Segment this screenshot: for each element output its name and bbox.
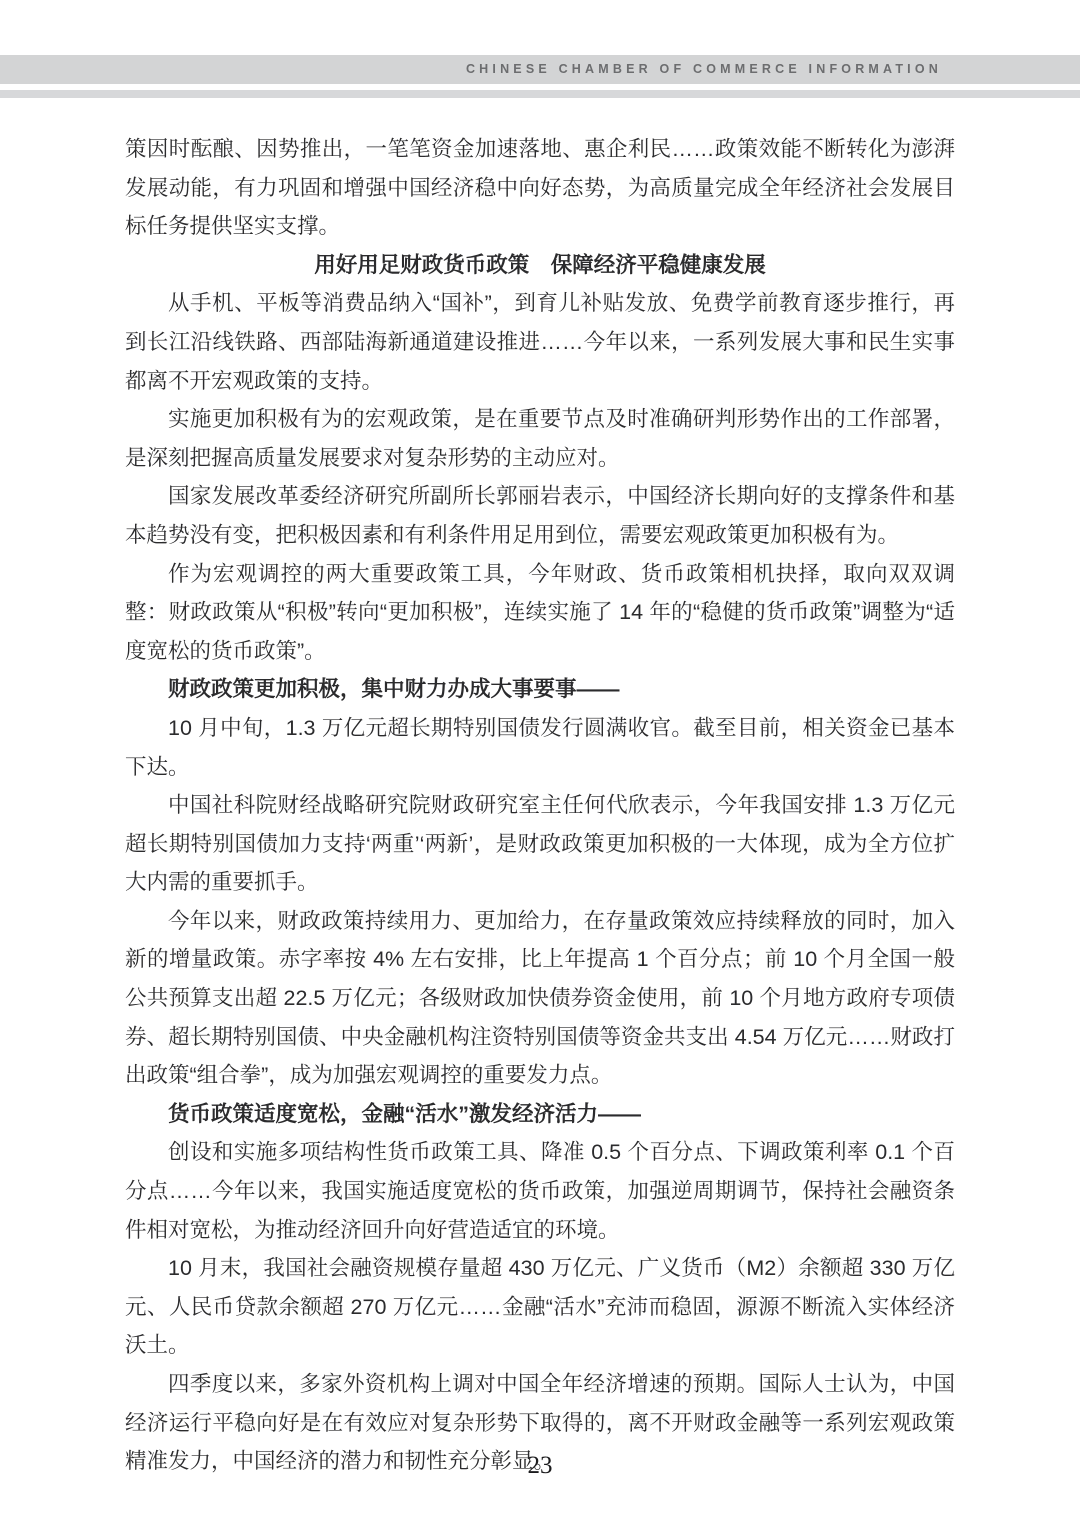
paragraph: 从手机、平板等消费品纳入“国补”，到育儿补贴发放、免费学前教育逐步推行，再到长江… (125, 284, 955, 400)
sub-heading: 财政政策更加积极，集中财力办成大事要事—— (125, 670, 955, 709)
paragraph: 实施更加积极有为的宏观政策，是在重要节点及时准确研判形势作出的工作部署，是深刻把… (125, 400, 955, 477)
paragraph: 策因时酝酿、因势推出，一笔笔资金加速落地、惠企利民……政策效能不断转化为澎湃发展… (125, 130, 955, 246)
paragraph: 国家发展改革委经济研究所副所长郭丽岩表示，中国经济长期向好的支撑条件和基本趋势没… (125, 477, 955, 554)
header-band-title: CHINESE CHAMBER OF COMMERCE INFORMATION (466, 55, 942, 84)
page-number: 23 (0, 1452, 1080, 1480)
paragraph: 中国社科院财经战略研究院财政研究室主任何代欣表示，今年我国安排 1.3 万亿元超… (125, 786, 955, 902)
article-body: 策因时酝酿、因势推出，一笔笔资金加速落地、惠企利民……政策效能不断转化为澎湃发展… (125, 130, 955, 1481)
document-page: CHINESE CHAMBER OF COMMERCE INFORMATION … (0, 0, 1080, 1525)
sub-heading: 货币政策适度宽松，金融“活水”激发经济活力—— (125, 1095, 955, 1134)
header-band: CHINESE CHAMBER OF COMMERCE INFORMATION (0, 55, 1080, 84)
header-accent-strip (0, 90, 1080, 98)
section-heading: 用好用足财政货币政策 保障经济平稳健康发展 (125, 246, 955, 285)
paragraph: 10 月中旬，1.3 万亿元超长期特别国债发行圆满收官。截至目前，相关资金已基本… (125, 709, 955, 786)
paragraph: 作为宏观调控的两大重要政策工具，今年财政、货币政策相机抉择，取向双双调整：财政政… (125, 555, 955, 671)
paragraph: 创设和实施多项结构性货币政策工具、降准 0.5 个百分点、下调政策利率 0.1 … (125, 1133, 955, 1249)
paragraph: 10 月末，我国社会融资规模存量超 430 万亿元、广义货币（M2）余额超 33… (125, 1249, 955, 1365)
paragraph: 今年以来，财政政策持续用力、更加给力，在存量政策效应持续释放的同时，加入新的增量… (125, 902, 955, 1095)
